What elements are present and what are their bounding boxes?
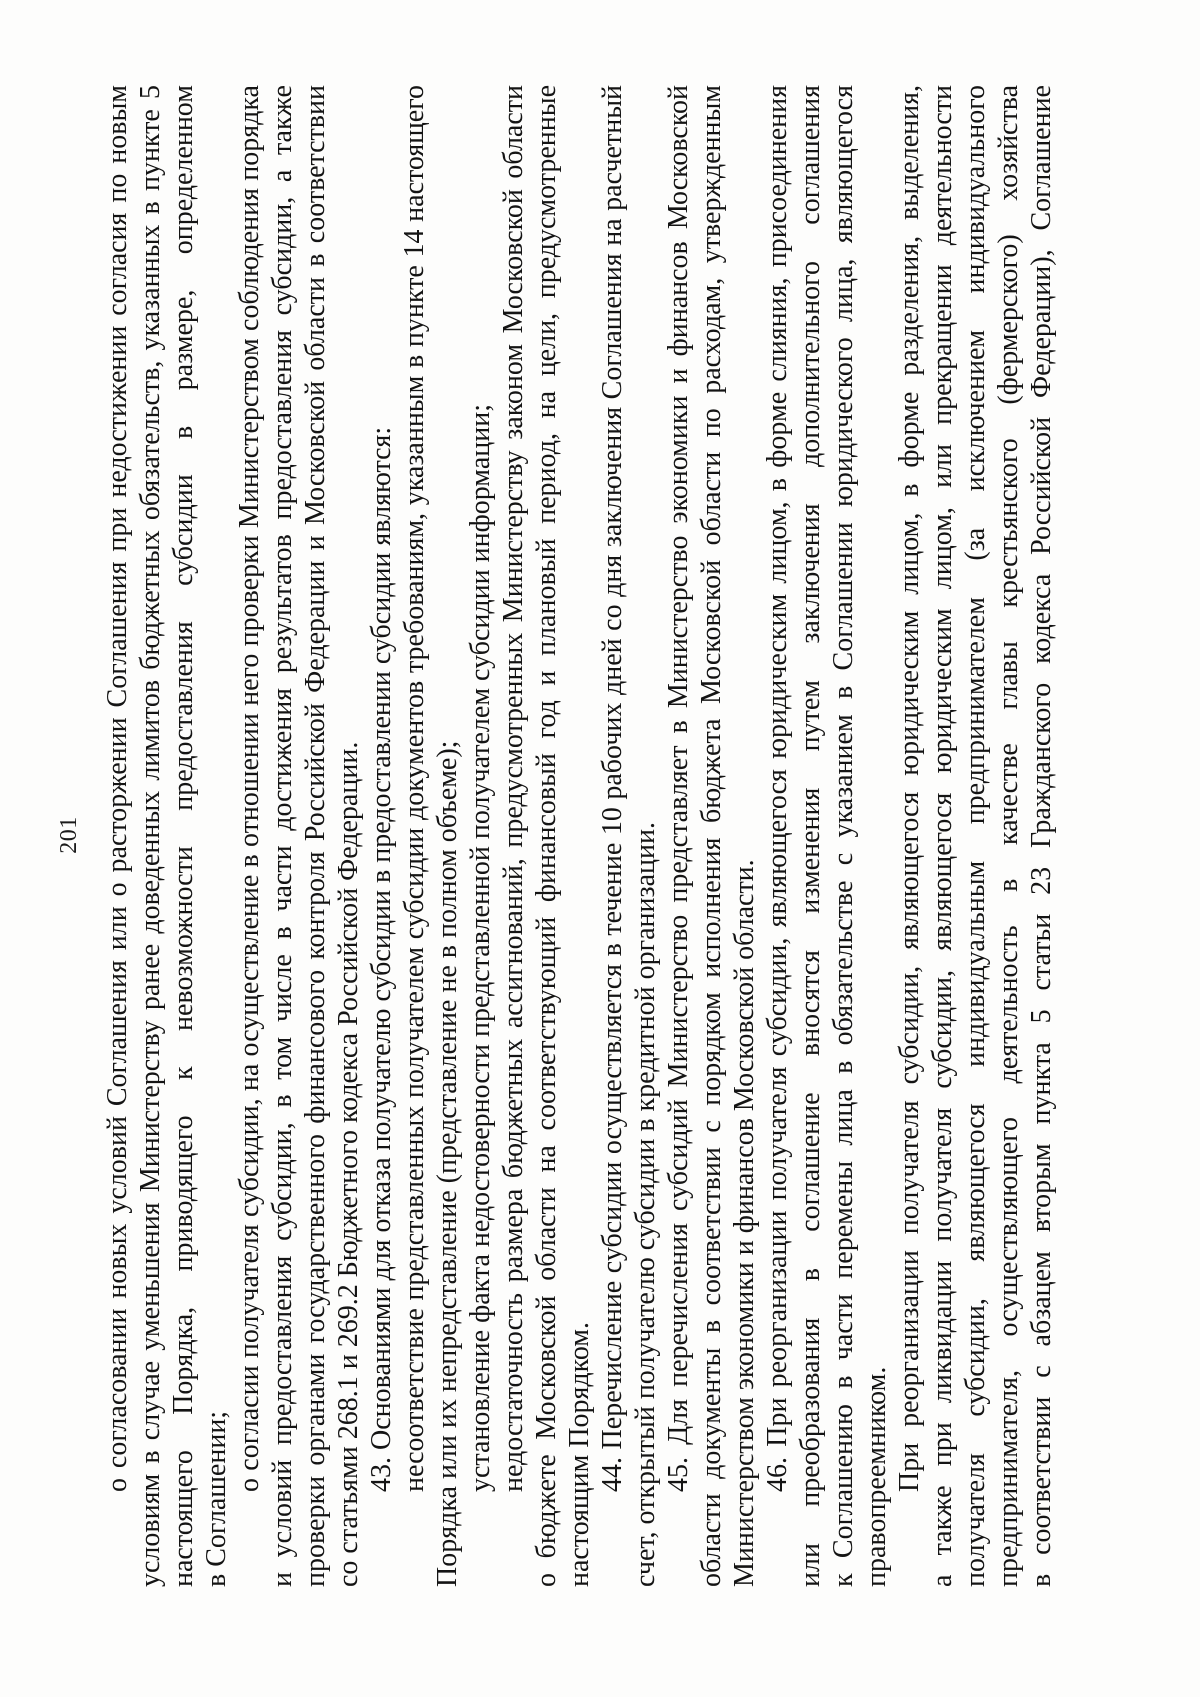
text-line: о согласии получателя субсидии, на осуще…: [233, 85, 266, 1587]
text-line: 46. При реорганизации получателя субсиди…: [761, 85, 794, 1587]
text-line: несоответствие представленных получателе…: [398, 85, 431, 1587]
text-line: предпринимателя, осуществляющего деятель…: [992, 85, 1025, 1587]
text-line: к Соглашению в части перемены лица в обя…: [827, 85, 860, 1587]
text-line: и условий предоставления субсидии, в том…: [266, 85, 299, 1587]
text-line: 43. Основаниями для отказа получателю су…: [365, 85, 398, 1587]
text-line: настоящего Порядка, приводящего к невозм…: [167, 85, 200, 1587]
text-line: Министерством экономики и финансов Моско…: [728, 85, 761, 1587]
text-line: о согласовании новых условий Соглашения …: [101, 85, 134, 1587]
text-line: области документы в соответствии с поряд…: [695, 85, 728, 1587]
page-number: 201: [57, 0, 81, 1697]
text-line: в соответствии с абзацем вторым пункта 5…: [1025, 85, 1058, 1587]
document-sheet: 201 о согласовании новых условий Соглаше…: [0, 0, 1200, 1697]
text-line: получателя субсидии, являющегося индивид…: [959, 85, 992, 1587]
text-line: При реорганизации получателя субсидии, я…: [893, 85, 926, 1587]
text-line: условиям в случае уменьшения Министерств…: [134, 85, 167, 1587]
scanned-page: 201 о согласовании новых условий Соглаше…: [0, 0, 1200, 1697]
text-line: проверки органами государственного финан…: [299, 85, 332, 1587]
text-line: недостаточность размера бюджетных ассигн…: [497, 85, 530, 1587]
text-line: счет, открытый получателю субсидии в кре…: [629, 85, 662, 1587]
text-line: в Соглашении;: [200, 85, 233, 1587]
text-line: 45. Для перечисления субсидий Министерст…: [662, 85, 695, 1587]
text-line: о бюджете Московской области на соответс…: [530, 85, 563, 1587]
text-line: Порядка или их непредставление (представ…: [431, 85, 464, 1587]
text-line: правопреемником.: [860, 85, 893, 1587]
text-line: или преобразования в соглашение вносятся…: [794, 85, 827, 1587]
text-line: а также при ликвидации получателя субсид…: [926, 85, 959, 1587]
document-text-block: о согласовании новых условий Соглашения …: [101, 85, 1058, 1587]
text-line: 44. Перечисление субсидии осуществляется…: [596, 85, 629, 1587]
text-line: настоящим Порядком.: [563, 85, 596, 1587]
text-line: установление факта недостоверности предс…: [464, 85, 497, 1587]
text-line: со статьями 268.1 и 269.2 Бюджетного код…: [332, 85, 365, 1587]
